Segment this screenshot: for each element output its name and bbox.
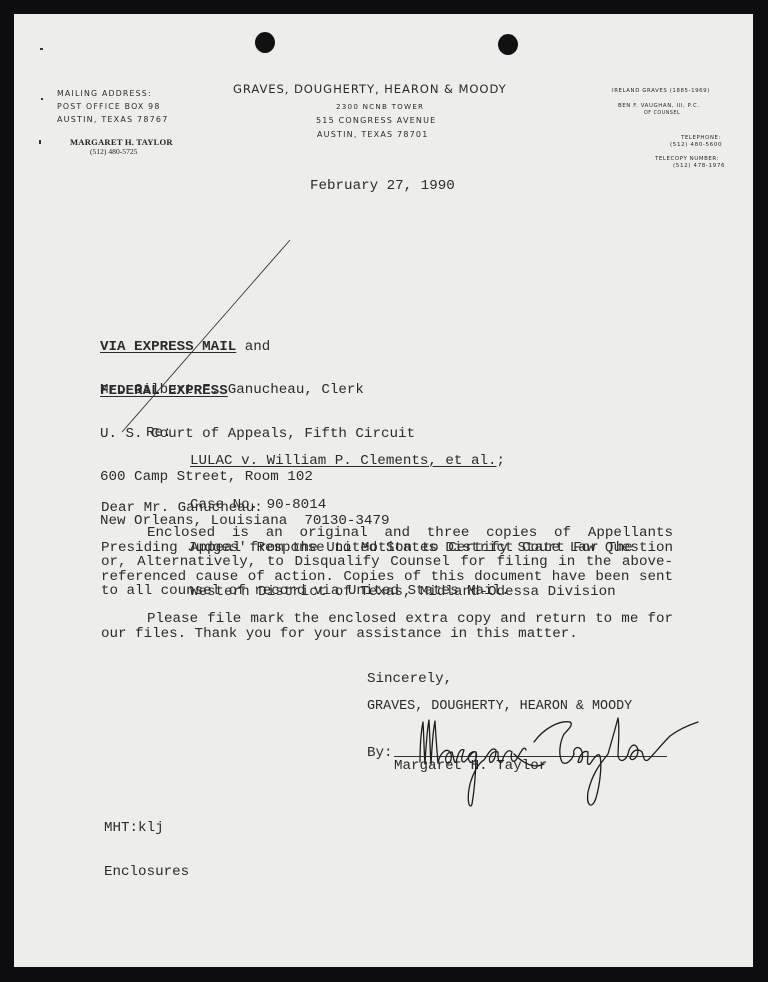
signature-icon [420,718,698,806]
letter-page: MAILING ADDRESS: POST OFFICE BOX 98 AUST… [14,14,753,967]
handwriting-overlay [14,14,753,967]
diagonal-pen-mark [122,240,290,432]
